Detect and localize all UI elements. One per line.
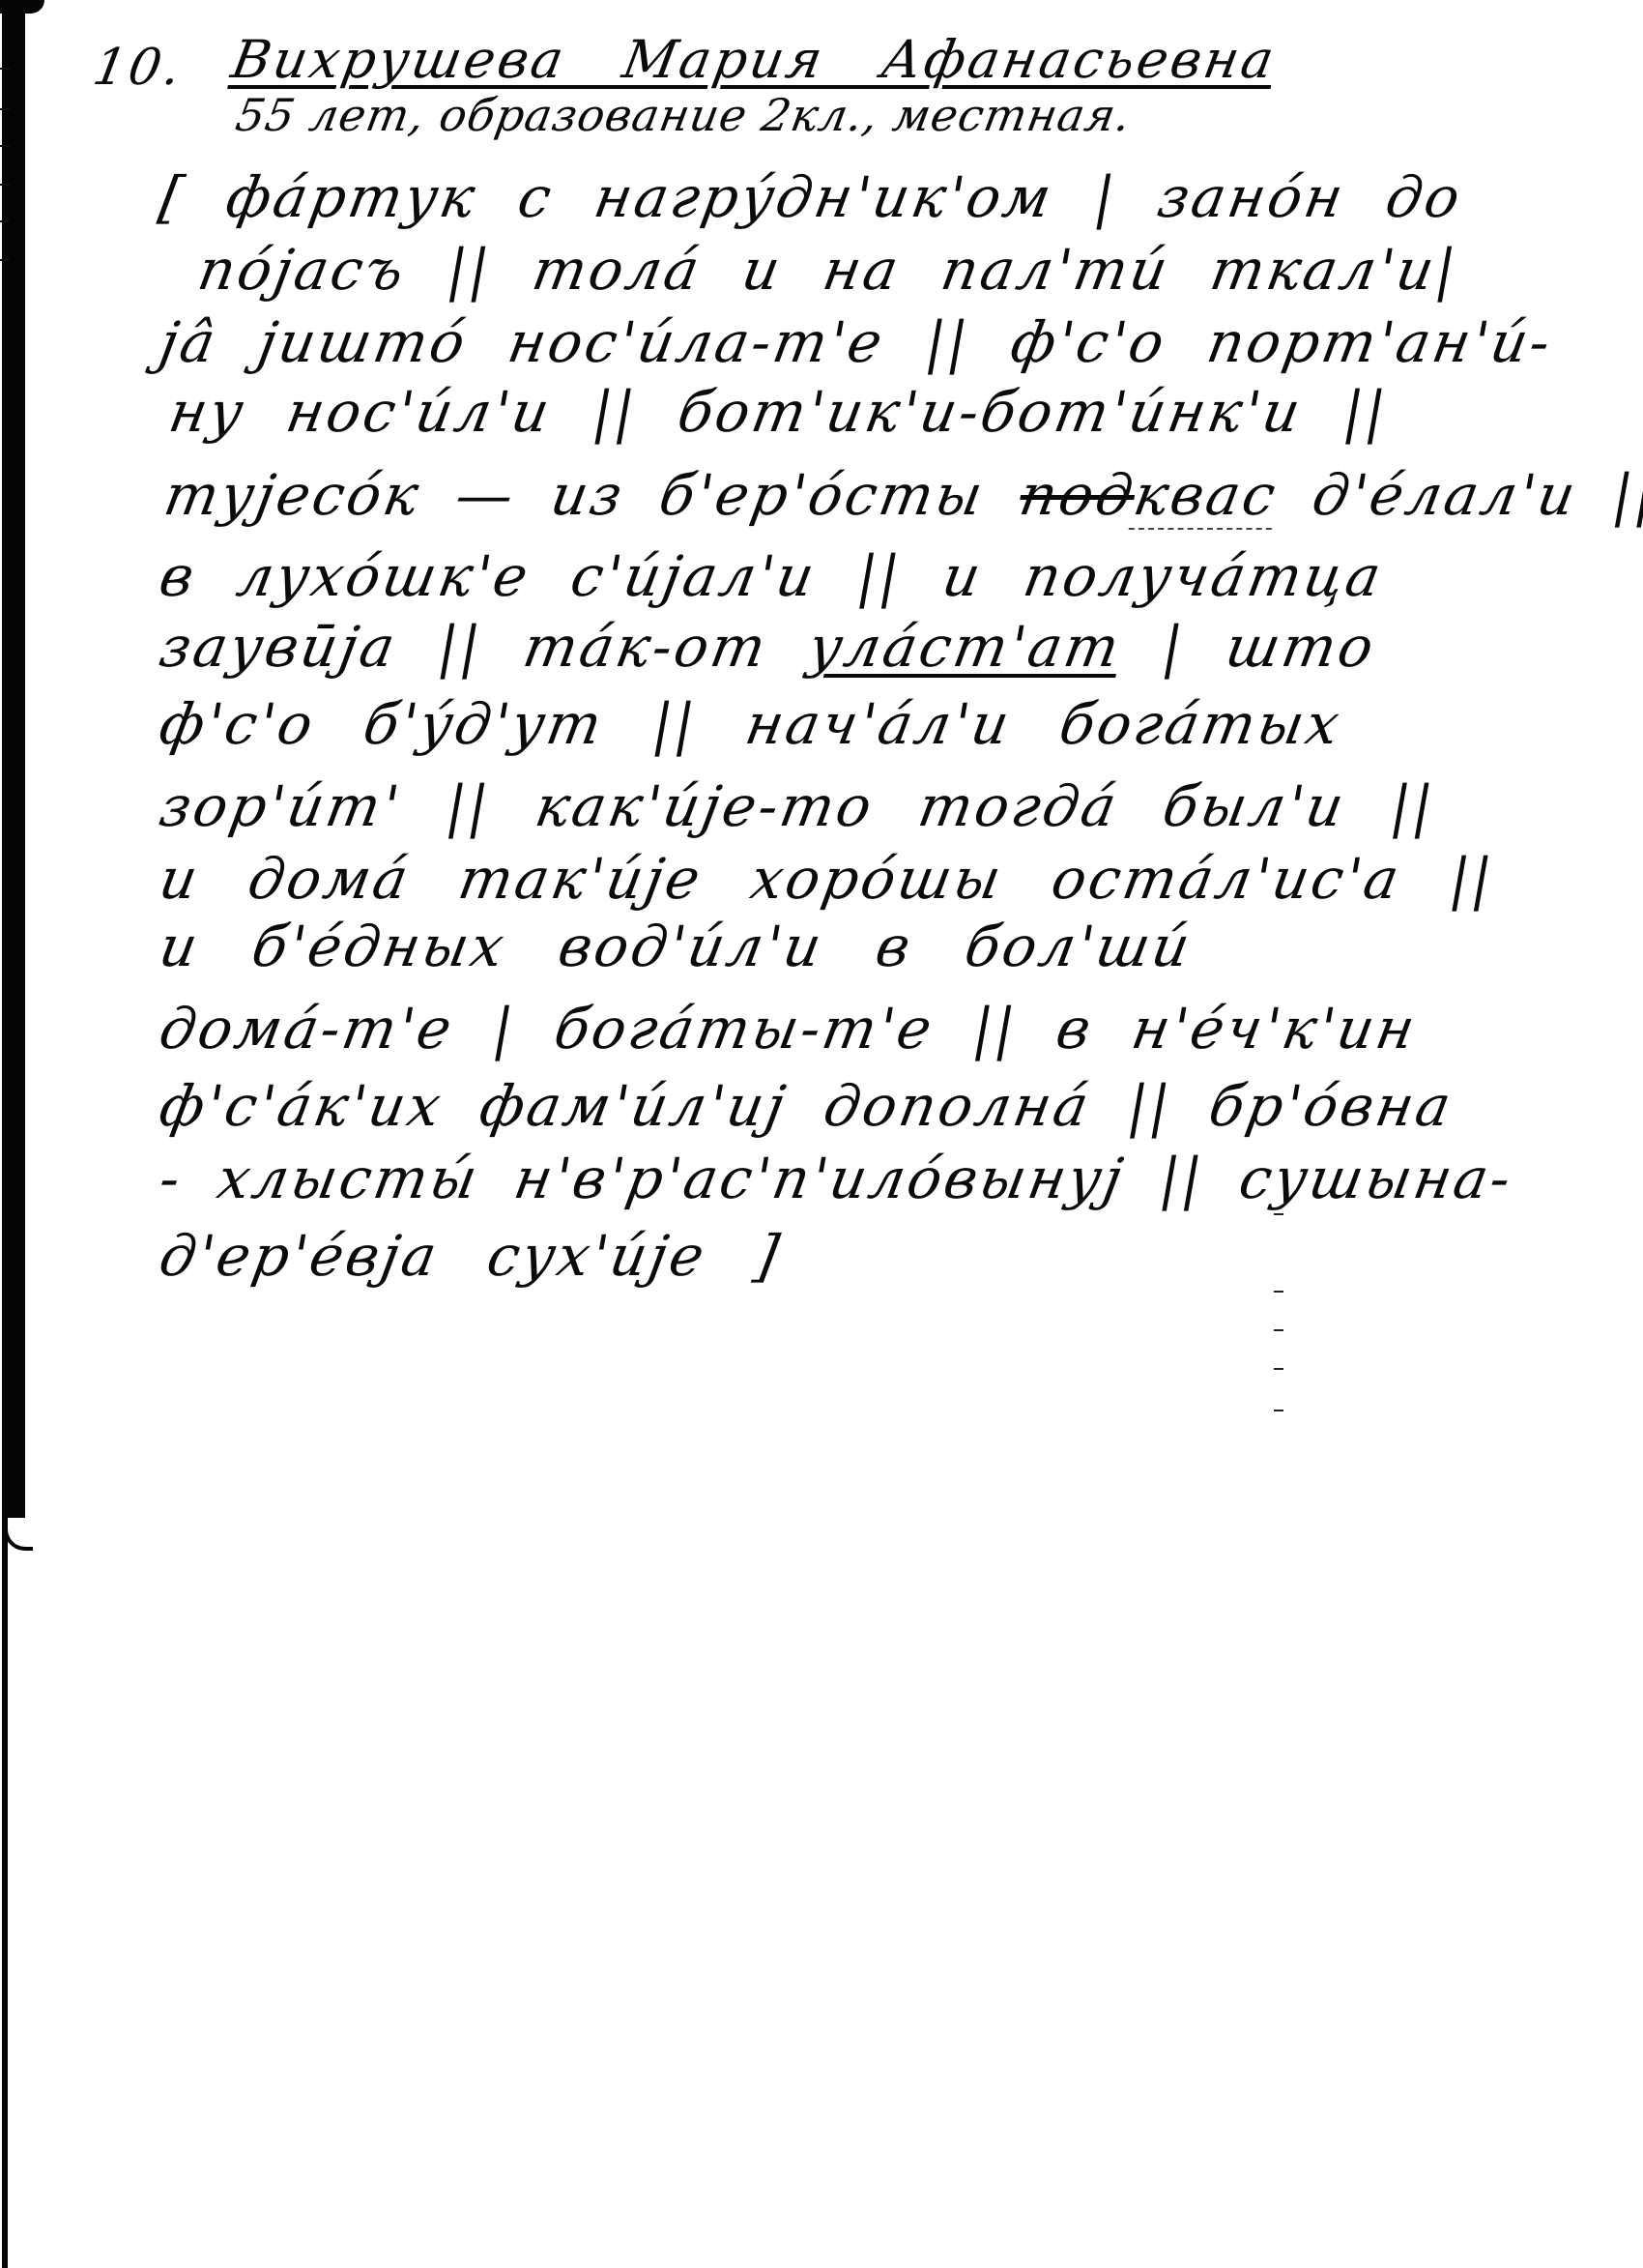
transcript-line: по́јасъ || тола́ и на пал'ти́ ткал'и|: [193, 237, 1463, 303]
margin-tick: [1274, 1410, 1283, 1411]
binding-tick: [0, 68, 10, 70]
binding-tick: [0, 184, 10, 186]
binding-tick: [0, 220, 10, 222]
informant-name: Вихрушева Мария Афанасьевна: [227, 29, 1281, 90]
binding-strip: [2, 0, 25, 1518]
transcript-line: ну нос'и́л'и || бот'ик'и-бот'и́нк'и ||: [164, 379, 1394, 445]
transcript-line: - хлысты́ н'в'р'ас'п'ило́вынуј || сушына…: [155, 1146, 1518, 1211]
margin-tick: [1274, 1213, 1283, 1215]
informant-details: 55 лет, образование 2кл., местная.: [232, 89, 1136, 141]
transcript-line: [ фа́ртук с нагру́дн'ик'ом | зано́н до: [155, 164, 1468, 230]
transcript-line: тујесо́к — из б'ер'о́сты подквас д'е́лал…: [159, 462, 1643, 528]
binding-strip-curl: [4, 1516, 33, 1551]
margin-tick: [1274, 1329, 1283, 1331]
transcript-text: тујесо́к — из б'ер'о́сты: [159, 462, 991, 528]
transcript-line: дома́-т'е | бога́ты-т'е || в н'е́ч'к'ин: [155, 996, 1423, 1061]
binding-tick: [0, 145, 10, 147]
transcript-line: и дома́ так'и́је хоро́шы оста́л'ис'а ||: [155, 846, 1500, 912]
transcript-text: д'е́лал'и ||: [1308, 462, 1643, 528]
dashed-underlined-word: квас: [1129, 462, 1283, 530]
binding-tick: [0, 259, 10, 261]
transcript-line: в лухо́шк'е с'и́јал'и || и получа́тца: [155, 543, 1389, 609]
transcript-line: заувӣја || та́к-от ула́ст'ат | што: [155, 614, 1381, 680]
margin-tick: [1274, 1368, 1283, 1370]
transcript-text: | што: [1157, 614, 1381, 680]
crossed-out-word: под: [1015, 462, 1140, 528]
entry-number: 10.: [89, 39, 187, 97]
transcript-line: и б'е́дных вод'и́л'и в бол'ши́: [155, 914, 1197, 979]
transcript-text: заувӣја || та́к-от: [155, 614, 773, 680]
transcript-line: зор'и́т' || как'и́је-то тогда́ был'и ||: [155, 773, 1441, 839]
transcript-line: ф'с'о б'у́д'ут || нач'а́л'и бога́тых: [155, 691, 1347, 757]
margin-tick: [1274, 1291, 1283, 1293]
transcript-line: ја̂ јишто́ нос'и́ла-т'е || ф'с'о порт'ан…: [155, 309, 1558, 375]
underlined-word: ула́ст'ат: [804, 614, 1127, 680]
transcript-line: ф'с'а́к'их фам'и́л'иј дополна́ || бр'о́в…: [155, 1073, 1458, 1139]
binding-strip-thin: [2, 1518, 8, 2268]
scanned-page: 10. Вихрушева Мария Афанасьевна 55 лет, …: [0, 0, 1643, 2268]
transcript-line: д'ер'е́вја сух'и́је ]: [155, 1223, 787, 1289]
binding-tick: [0, 108, 10, 110]
